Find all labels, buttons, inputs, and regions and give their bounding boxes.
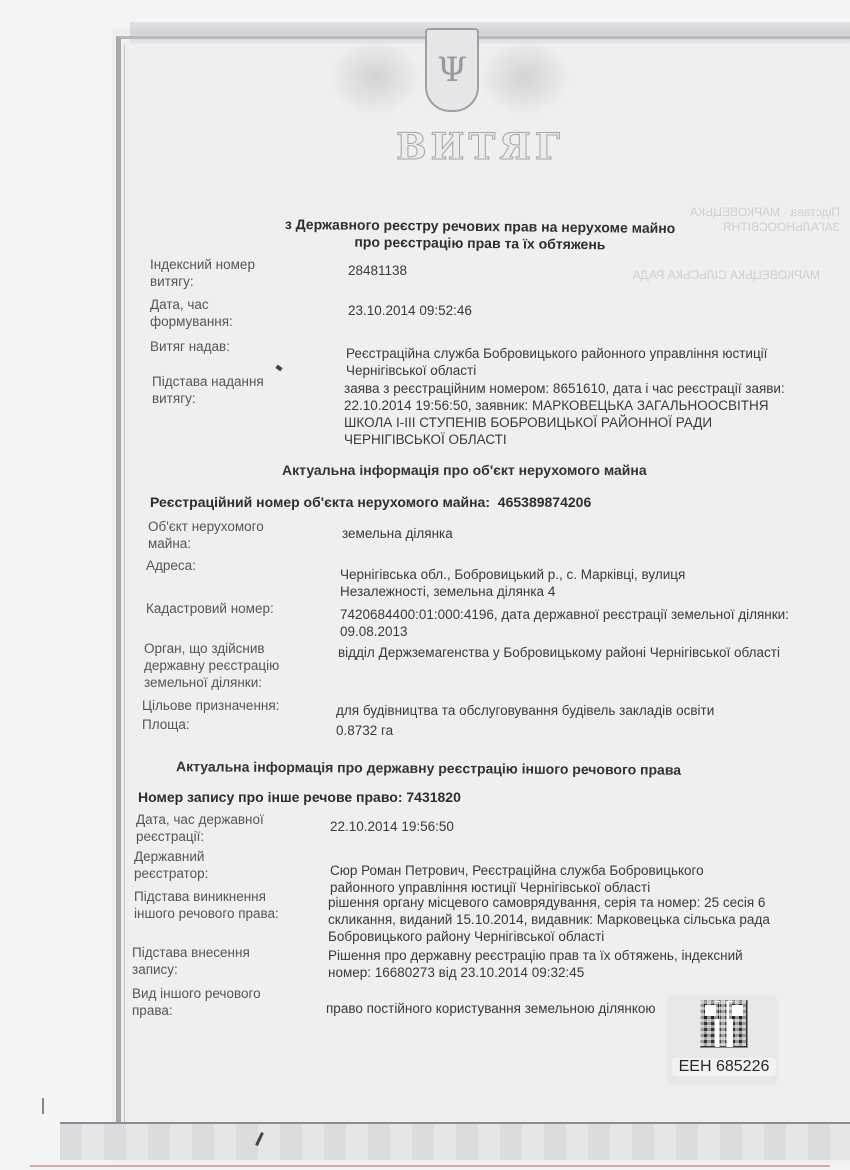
label-registering-body: Орган, що здійснив державну реєстрацію з… <box>144 640 296 691</box>
property-reg-number-row: Реєстраційний номер об'єкта нерухомого м… <box>150 494 591 510</box>
label-cadastral: Кадастровий номер: <box>146 600 326 617</box>
value-provided-by: Реєстраційна служба Бобровицького районн… <box>346 345 786 379</box>
label-index-number: Індексний номер витягу: <box>150 256 290 290</box>
value-registration-date: 22.10.2014 19:56:50 <box>330 818 530 835</box>
label-basis: Підстава надання витягу: <box>152 373 292 407</box>
rights-record-label: Номер запису про інше речове право: <box>138 789 402 805</box>
qr-code-pattern <box>700 1000 746 1046</box>
value-record-basis: Рішення про державну реєстрацію прав та … <box>328 947 788 981</box>
wreath-left-icon <box>330 40 420 115</box>
value-index-number: 28481138 <box>348 262 548 279</box>
label-address: Адреса: <box>146 557 286 574</box>
serial-number: ЕЕН 685226 <box>672 1058 776 1076</box>
wreath-right-icon <box>480 40 570 115</box>
value-right-basis: рішення органу місцевого самоврядування,… <box>328 894 802 945</box>
label-record-basis: Підстава внесення запису: <box>132 944 262 978</box>
value-area: 0.8732 га <box>336 722 536 739</box>
label-provided-by: Витяг надав: <box>150 338 310 355</box>
document-subtitle: з Державного реєстру речових прав на нер… <box>200 215 760 255</box>
bleed-through-text: МАРКОВЕЦЬКА СІЛЬСЬКА РАДА <box>620 268 820 283</box>
bottom-edge-line <box>30 1165 830 1167</box>
property-reg-number-label: Реєстраційний номер об'єкта нерухомого м… <box>150 494 490 510</box>
value-address: Чернігівська обл., Бобровицький р., с. М… <box>340 566 755 600</box>
property-section-title: Актуальна інформація про об'єкт нерухомо… <box>282 462 647 478</box>
value-purpose: для будівництва та обслуговування будіве… <box>336 702 806 719</box>
label-registration-date: Дата, час державної реєстрації: <box>136 811 286 845</box>
label-right-basis: Підстава виникнення іншого речового прав… <box>134 888 294 922</box>
rights-record-number: 7431820 <box>406 789 461 805</box>
document-title: ВИТЯГ <box>370 126 590 168</box>
bottom-border-band <box>60 1122 850 1160</box>
value-cadastral: 7420684400:01:000:4196, дата державної р… <box>340 606 800 640</box>
label-formation-date: Дата, час формування: <box>150 296 270 330</box>
scan-mark <box>42 1098 44 1114</box>
value-right-type: право постійного користування земельною … <box>326 1000 706 1017</box>
label-right-type: Вид іншого речового права: <box>132 985 282 1019</box>
property-reg-number: 465389874206 <box>498 494 591 510</box>
trident-emblem-icon: Ψ <box>425 28 479 112</box>
value-object: земельна ділянка <box>342 525 642 542</box>
value-registrar: Сюр Роман Петрович, Реєстраційна служба … <box>330 862 770 896</box>
value-formation-date: 23.10.2014 09:52:46 <box>348 302 548 319</box>
label-registrar: Державний реєстратор: <box>134 848 244 882</box>
emblem-area: Ψ <box>325 20 575 130</box>
value-registering-body: відділ Держземагенства у Бобровицькому р… <box>338 644 800 661</box>
label-area: Площа: <box>142 716 242 733</box>
value-basis: заява з реєстраційним номером: 8651610, … <box>344 380 799 448</box>
label-purpose: Цільове призначення: <box>142 697 332 714</box>
label-object: Об'єкт нерухомого майна: <box>148 518 288 552</box>
rights-record-row: Номер запису про інше речове право: 7431… <box>138 789 461 805</box>
